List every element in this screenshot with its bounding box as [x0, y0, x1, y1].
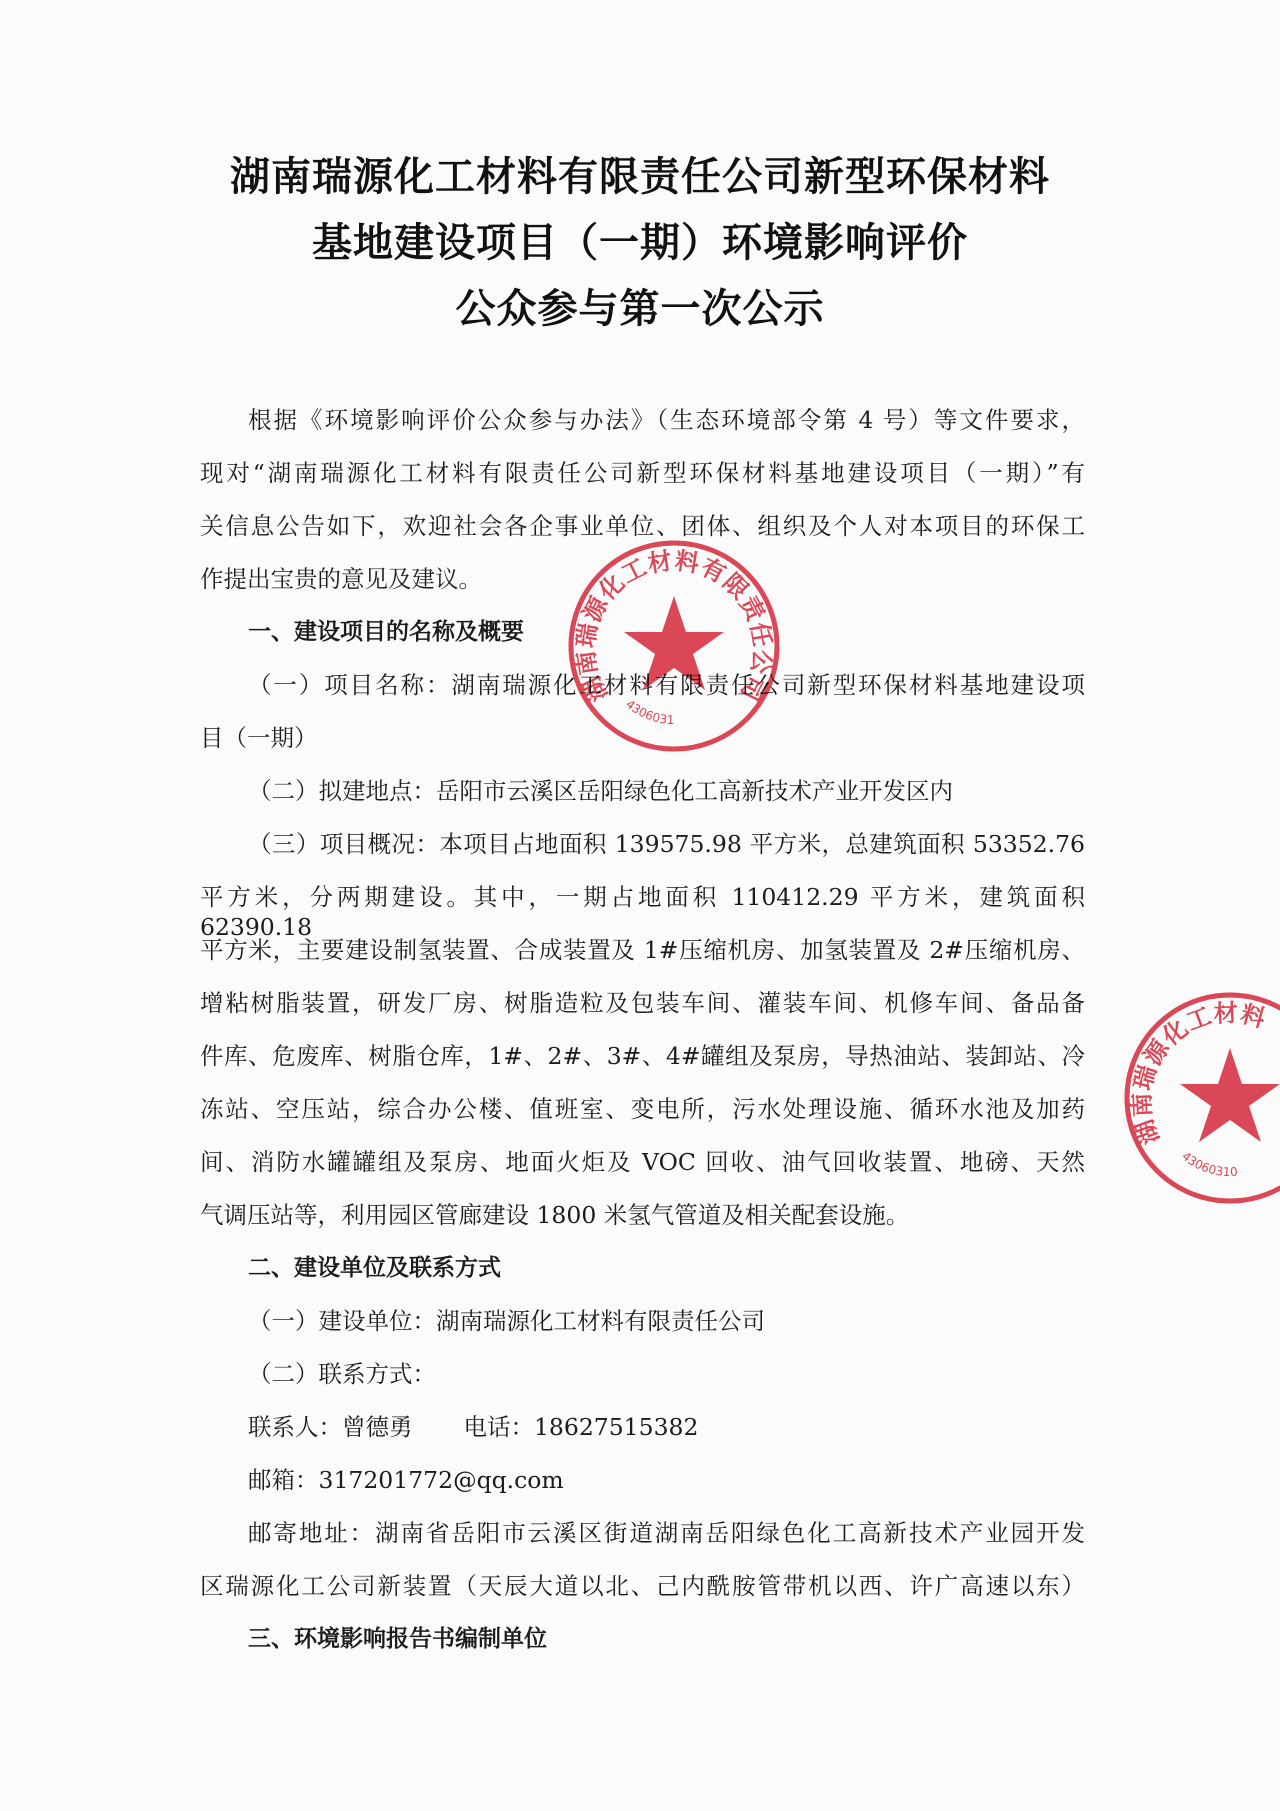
overview-line-7: 间、消防水罐罐组及泵房、地面火炬及 VOC 回收、油气回收装置、地磅、天然: [200, 1147, 1085, 1177]
svg-text:湖南瑞源化工材料: 湖南瑞源化工材料: [1128, 999, 1270, 1148]
contact-person: 联系人：曾德勇: [248, 1413, 413, 1441]
contact-email: 邮箱：317201772@qq.com: [248, 1465, 1085, 1495]
contact-row: 联系人：曾德勇 电话：18627515382: [248, 1412, 1085, 1442]
title-line-3: 公众参与第一次公示: [0, 285, 1280, 333]
document-page: 湖南瑞源化工材料有限责任公司新型环保材料 基地建设项目（一期）环境影响评价 公众…: [0, 0, 1280, 1811]
section-3-heading: 三、环境影响报告书编制单位: [248, 1624, 1085, 1654]
title-line-1: 湖南瑞源化工材料有限责任公司新型环保材料: [0, 153, 1280, 201]
company-seal-stamp-edge: 湖南瑞源化工材料 43060310: [1122, 990, 1280, 1206]
contact-heading: （二）联系方式：: [248, 1359, 1085, 1389]
overview-line-1: （三）项目概况：本项目占地面积 139575.98 平方米，总建筑面积 5335…: [248, 829, 1085, 859]
svg-text:43060310: 43060310: [1179, 1149, 1238, 1179]
star-icon: [1180, 1048, 1280, 1142]
project-name-line-2: 目（一期）: [200, 723, 1085, 753]
overview-line-8: 气调压站等，利用园区管廊建设 1800 米氢气管道及相关配套设施。: [200, 1200, 1085, 1230]
stamp-code: 43060310: [1179, 1149, 1238, 1179]
section-1-heading: 一、建设项目的名称及概要: [248, 617, 1085, 647]
overview-line-4: 增粘树脂装置，研发厂房、树脂造粒及包装车间、灌装车间、机修车间、备品备: [200, 988, 1085, 1018]
overview-line-5: 件库、危废库、树脂仓库，1#、2#、3#、4#罐组及泵房，导热油站、装卸站、冷: [200, 1041, 1085, 1071]
intro-line-2: 现对“湖南瑞源化工材料有限责任公司新型环保材料基地建设项目（一期）”有: [200, 458, 1085, 488]
project-location: （二）拟建地点：岳阳市云溪区岳阳绿色化工高新技术产业开发区内: [248, 776, 1085, 806]
overview-line-3: 平方米，主要建设制氢装置、合成装置及 1#压缩机房、加氢装置及 2#压缩机房、: [200, 935, 1085, 965]
intro-line-3: 关信息公告如下，欢迎社会各企事业单位、团体、组织及个人对本项目的环保工: [200, 511, 1085, 541]
project-name-line-1: （一）项目名称：湖南瑞源化工材料有限责任公司新型环保材料基地建设项: [248, 670, 1085, 700]
overview-line-6: 冻站、空压站，综合办公楼、值班室、变电所，污水处理设施、循环水池及加药: [200, 1094, 1085, 1124]
contact-phone: 电话：18627515382: [463, 1413, 698, 1441]
intro-line-1: 根据《环境影响评价公众参与办法》（生态环境部令第 4 号）等文件要求，: [248, 405, 1085, 435]
section-2-heading: 二、建设单位及联系方式: [248, 1253, 1085, 1283]
address-line-1: 邮寄地址：湖南省岳阳市云溪区街道湖南岳阳绿色化工高新技术产业园开发: [248, 1518, 1085, 1548]
intro-line-4: 作提出宝贵的意见及建议。: [200, 564, 1085, 594]
overview-line-2: 平方米，分两期建设。其中，一期占地面积 110412.29 平方米，建筑面积 6…: [200, 882, 1085, 942]
address-line-2: 区瑞源化工公司新装置（天辰大道以北、己内酰胺管带机以西、许广高速以东）: [200, 1571, 1085, 1601]
stamp-text: 湖南瑞源化工材料: [1128, 999, 1270, 1148]
construction-unit: （一）建设单位：湖南瑞源化工材料有限责任公司: [248, 1306, 1085, 1336]
title-line-2: 基地建设项目（一期）环境影响评价: [0, 219, 1280, 267]
